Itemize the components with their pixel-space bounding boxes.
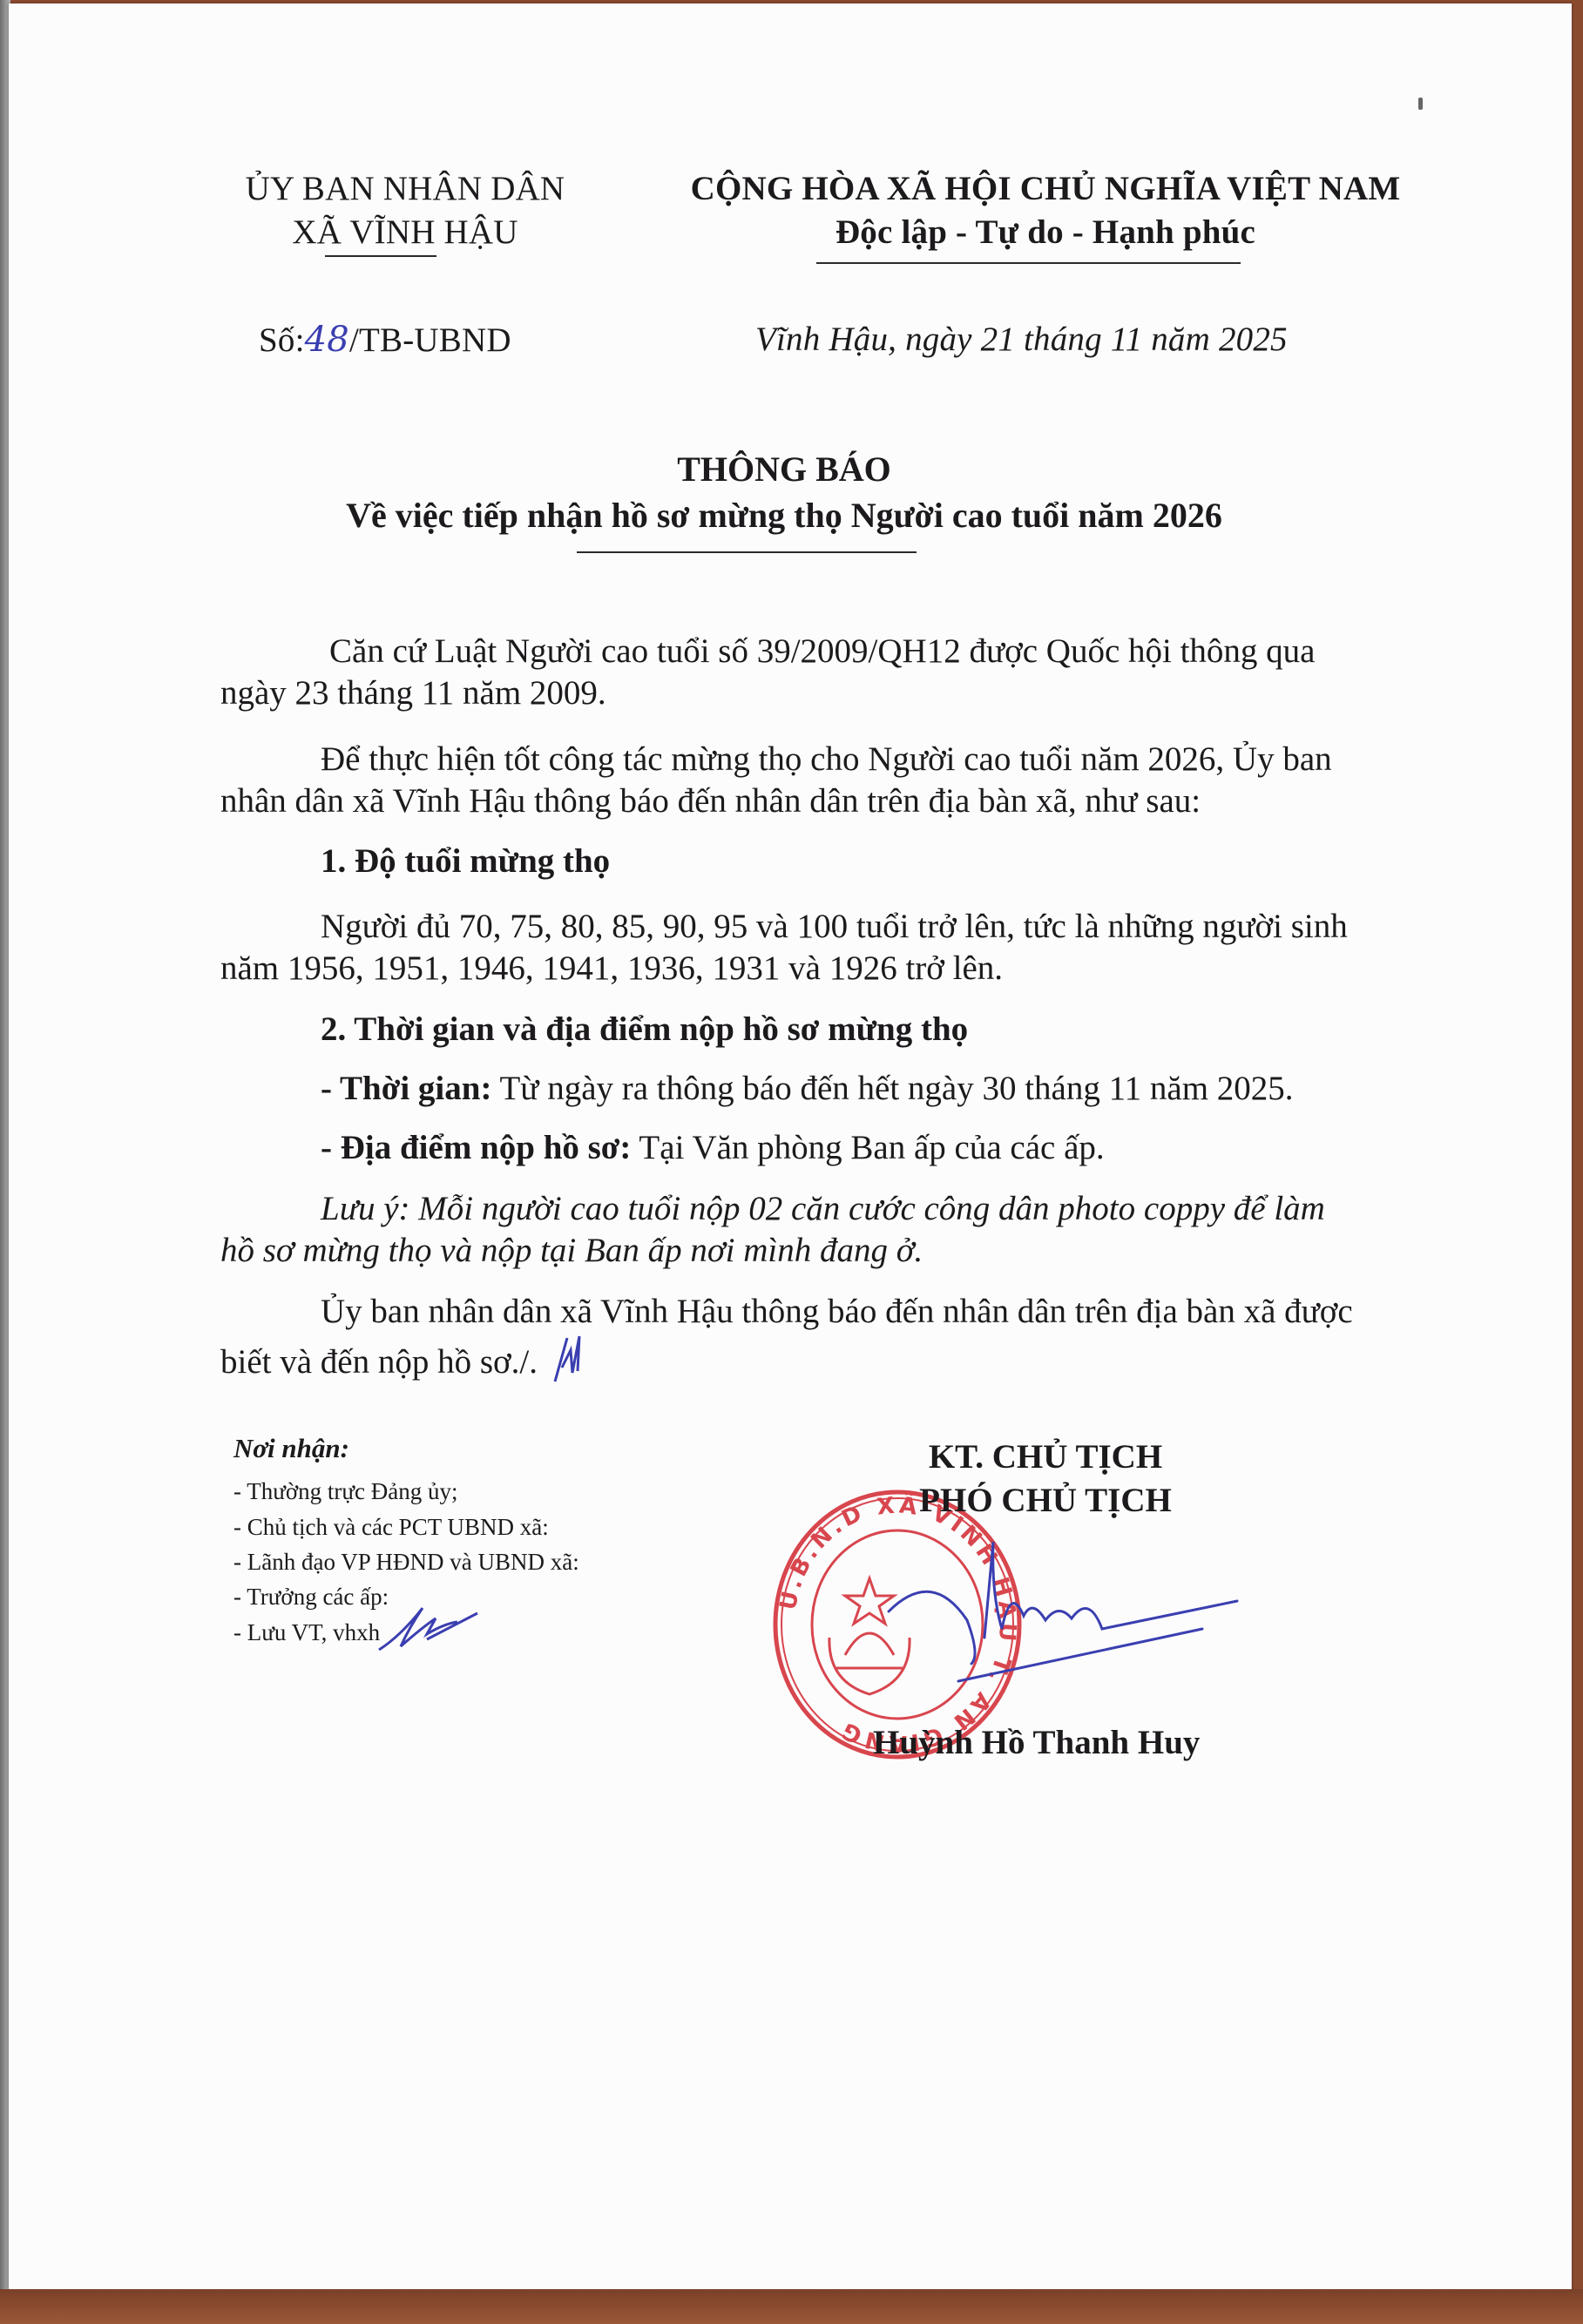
issuer-name: ỦY BAN NHÂN DÂN <box>218 169 592 208</box>
recipients-heading: Nơi nhận: <box>233 1433 349 1464</box>
signatory-name: Huỳnh Hồ Thanh Huy <box>873 1723 1200 1762</box>
handwritten-signature-icon <box>871 1533 1255 1707</box>
place-line: - Địa điểm nộp hồ sơ: Tại Văn phòng Ban … <box>321 1127 1105 1168</box>
table-surface <box>0 2289 1583 2324</box>
signatory-authority: KT. CHỦ TỊCH <box>836 1437 1255 1476</box>
section1-line2: năm 1956, 1951, 1946, 1941, 1936, 1931 v… <box>220 948 1003 989</box>
place-date: Vĩnh Hậu, ngày 21 tháng 11 năm 2025 <box>755 320 1288 359</box>
place-label: - Địa điểm nộp hồ sơ: <box>321 1129 631 1166</box>
section1-line1: Người đủ 70, 75, 80, 85, 90, 95 và 100 t… <box>321 906 1348 947</box>
basis-line1: Căn cứ Luật Người cao tuổi số 39/2009/QH… <box>329 631 1316 672</box>
recipient-item: - Lãnh đạo VP HĐND và UBND xã: <box>233 1548 579 1576</box>
time-line: - Thời gian: Từ ngày ra thông báo đến hế… <box>321 1068 1294 1109</box>
time-label: - Thời gian: <box>321 1070 491 1107</box>
closing-line1: Ủy ban nhân dân xã Vĩnh Hậu thông báo đế… <box>321 1291 1353 1332</box>
section2-heading: 2. Thời gian và địa điểm nộp hồ sơ mừng … <box>321 1009 968 1050</box>
closing-text: biết và đến nộp hồ sơ./. <box>220 1343 538 1381</box>
document-number: Số:48/TB-UBND <box>259 320 511 360</box>
clerk-initial-icon <box>375 1601 488 1653</box>
section1-heading: 1. Độ tuổi mừng thọ <box>321 841 610 882</box>
motto-underline <box>816 262 1241 264</box>
issuer-commune: XÃ VĨNH HẬU <box>218 213 592 252</box>
national-title: CỘNG HÒA XÃ HỘI CHỦ NGHĨA VIỆT NAM <box>662 169 1429 208</box>
closing-line2: biết và đến nộp hồ sơ./. <box>220 1333 586 1383</box>
place-value: Tại Văn phòng Ban ấp của các ấp. <box>631 1129 1104 1166</box>
handwritten-number: 48 <box>305 320 349 360</box>
initial-mark-icon <box>551 1333 586 1383</box>
title-underline <box>577 551 917 553</box>
note-line2: hồ sơ mừng thọ và nộp tại Ban ấp nơi mìn… <box>220 1230 923 1271</box>
note-line1: Lưu ý: Mỗi người cao tuổi nộp 02 căn cướ… <box>321 1188 1325 1229</box>
national-motto: Độc lập - Tự do - Hạnh phúc <box>662 213 1429 252</box>
recipient-item: - Chủ tịch và các PCT UBND xã: <box>233 1513 549 1541</box>
signatory-title: PHÓ CHỦ TỊCH <box>836 1481 1255 1520</box>
number-prefix: Số: <box>259 321 305 359</box>
paper-mark <box>1418 98 1423 110</box>
purpose-line1: Để thực hiện tốt công tác mừng thọ cho N… <box>321 739 1332 780</box>
purpose-line2: nhân dân xã Vĩnh Hậu thông báo đến nhân … <box>220 780 1201 821</box>
issuer-underline <box>325 255 436 257</box>
number-suffix: /TB-UBND <box>349 321 511 359</box>
recipient-item: - Lưu VT, vhxh <box>233 1618 380 1646</box>
recipient-item: - Trưởng các ấp: <box>233 1583 389 1611</box>
basis-line2: ngày 23 tháng 11 năm 2009. <box>220 672 606 713</box>
document-title: THÔNG BÁO <box>218 449 1350 490</box>
document-subtitle: Về việc tiếp nhận hồ sơ mừng thọ Người c… <box>218 495 1350 536</box>
recipient-item: - Thường trực Đảng ủy; <box>233 1477 458 1505</box>
time-value: Từ ngày ra thông báo đến hết ngày 30 thá… <box>491 1070 1293 1107</box>
